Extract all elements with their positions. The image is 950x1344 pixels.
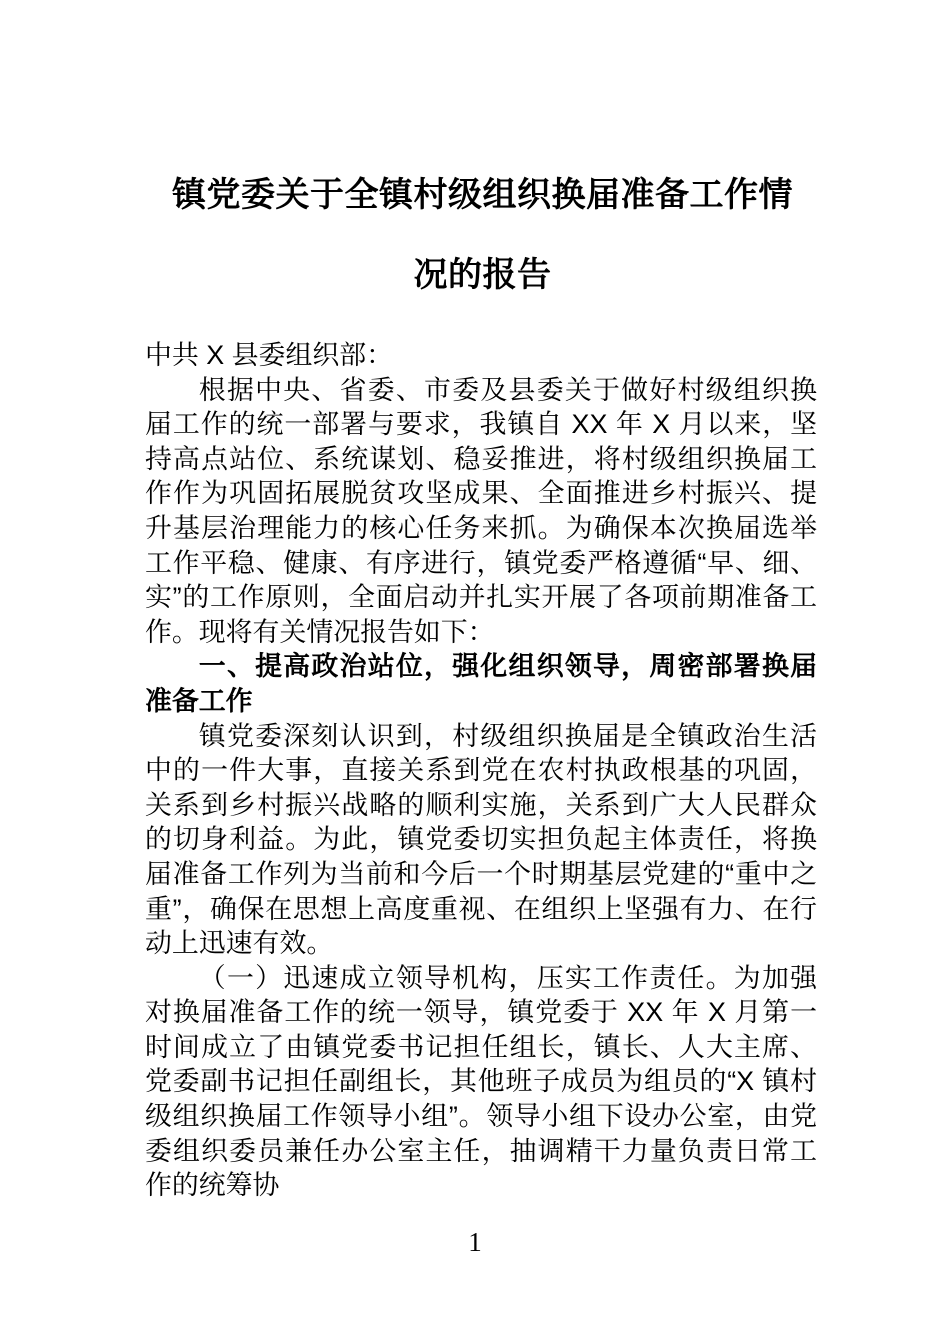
salutation: 中共 X 县委组织部： (145, 338, 817, 373)
document-body: 中共 X 县委组织部： 根据中央、省委、市委及县委关于做好村级组织换届工作的统一… (145, 338, 817, 1203)
page-number: 1 (0, 1227, 950, 1257)
document-page: 镇党委关于全镇村级组织换届准备工作情 况的报告 中共 X 县委组织部： 根据中央… (0, 0, 950, 1344)
paragraph-intro: 根据中央、省委、市委及县委关于做好村级组织换届工作的统一部署与要求，我镇自 XX… (145, 373, 817, 650)
document-title-line-2: 况的报告 (145, 235, 820, 315)
document-title: 镇党委关于全镇村级组织换届准备工作情 况的报告 (145, 155, 820, 315)
paragraph-leading-group: （一）迅速成立领导机构，压实工作责任。为加强对换届准备工作的统一领导，镇党委于 … (145, 961, 817, 1203)
document-title-line-1: 镇党委关于全镇村级组织换届准备工作情 (145, 155, 820, 235)
paragraph-significance: 镇党委深刻认识到，村级组织换届是全镇政治生活中的一件大事，直接关系到党在农村执政… (145, 719, 817, 961)
section-heading: 一、提高政治站位，强化组织领导，周密部署换届准备工作 (145, 649, 817, 718)
